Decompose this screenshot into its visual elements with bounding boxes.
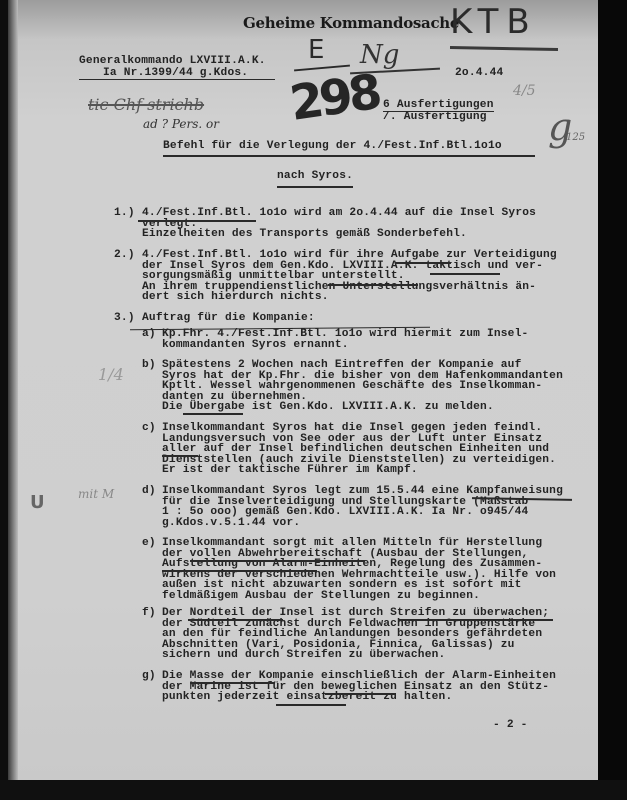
item-c-line: aller auf der Insel befindlichen deutsch… <box>162 444 549 455</box>
section-1-line: 4./Fest.Inf.Btl. 1o1o wird am 2o.4.44 au… <box>142 208 536 219</box>
scan-border-bottom <box>0 780 627 800</box>
item-b-line: Spätestens 2 Wochen nach Eintreffen der … <box>162 360 522 371</box>
pencil-underline <box>190 560 365 562</box>
pencil-underline <box>162 570 317 572</box>
sender-line-2: Ia Nr.1399/44 g.Kdos. <box>79 68 275 80</box>
order-title-line-2: nach Syros. <box>277 171 353 188</box>
margin-note-right-1: 4/5 <box>513 83 536 99</box>
reference-number: Ia Nr.1399/44 g.Kdos. <box>103 67 248 79</box>
struck-out-note: tic Chf strichb <box>88 95 204 114</box>
item-f-line: Der Nordteil der Insel ist durch Streife… <box>162 608 549 619</box>
document-date: 2o.4.44 <box>455 68 503 79</box>
handwritten-ktb-mark: KTB <box>450 2 538 42</box>
pencil-underline <box>190 682 275 684</box>
item-b-line: Kptlt. Wessel wahrgenommenen Geschäfte d… <box>162 381 542 392</box>
section-1-line: Einzelheiten des Transports gemäß Sonder… <box>142 229 467 240</box>
item-e-line: feldmäßigem Ausbau der Stellungen zu beg… <box>162 591 480 602</box>
classification-stamp: Geheime Kommandosache <box>243 14 459 32</box>
item-c-label: c) <box>142 423 156 434</box>
sender-line-1: Generalkommando LXVIII.A.K. <box>79 56 266 67</box>
scan-border-right <box>598 0 627 800</box>
item-d-line: Inselkommandant Syros legt zum 15.5.44 e… <box>162 486 563 497</box>
section-1-number: 1.) <box>114 208 135 219</box>
item-e-label: e) <box>142 538 156 549</box>
pencil-underline <box>325 693 395 695</box>
item-b-label: b) <box>142 360 156 371</box>
section-3-number: 3.) <box>114 313 135 324</box>
section-2-line: dert sich hierdurch nichts. <box>142 292 329 303</box>
item-a-label: a) <box>142 329 156 340</box>
section-2-line: 4./Fest.Inf.Btl. 1o1o wird für ihre Aufg… <box>142 250 557 261</box>
item-g-line: Die Masse der Kompanie einschließlich de… <box>162 671 556 682</box>
item-c-line: Er ist der taktische Führer im Kampf. <box>162 465 418 476</box>
pencil-underline <box>183 413 243 415</box>
handwritten-e-mark: E <box>308 35 324 65</box>
margin-note-right-2: 125 <box>566 132 585 143</box>
item-f-line: sichern und durch Streifen zu überwachen… <box>162 650 445 661</box>
item-g-label: g) <box>142 671 156 682</box>
margin-note-d: mit M <box>78 487 114 501</box>
section-2-number: 2.) <box>114 250 135 261</box>
item-f-label: f) <box>142 608 156 619</box>
item-e-line: außen ist nicht abzuwarten sondern es is… <box>162 580 522 591</box>
pencil-underline <box>328 284 418 286</box>
item-d-label: d) <box>142 486 156 497</box>
item-d-line: 1 : 5o ooo) gemäß Gen.Kdo. LXVIII.A.K. I… <box>162 507 528 518</box>
copies-count: 6 Ausfertigungen <box>383 100 494 112</box>
section-2-line: sorgungsmäßig unmittelbar unterstellt. <box>142 271 405 282</box>
pencil-underline <box>395 262 451 264</box>
pencil-underline <box>138 220 256 222</box>
pencil-underline <box>430 273 500 275</box>
pencil-underline <box>276 704 346 706</box>
item-c-line: Inselkommandant Syros hat die Insel gege… <box>162 423 542 434</box>
page-edge-shadow <box>8 0 18 780</box>
item-a-line: Kp.Fhr. 4./Fest.Inf.Btl. 1o1o wird hierm… <box>162 329 528 340</box>
section-3-heading: Auftrag für die Kompanie: <box>142 313 315 324</box>
order-title-line-1: Befehl für die Verlegung der 4./Fest.Inf… <box>163 141 535 157</box>
item-b-line: Die Übergabe ist Gen.Kdo. LXVIII.A.K. zu… <box>162 402 494 413</box>
item-d-line: g.Kdos.v.5.1.44 vor. <box>162 518 300 529</box>
pencil-underline <box>398 619 553 621</box>
item-g-line: punkten jederzeit einsatzbereit zu halte… <box>162 692 452 703</box>
copy-number: /. Ausfertigung <box>383 112 487 123</box>
paper-clip-mark: U <box>30 492 45 513</box>
handwritten-routing-note: ad ? Pers. or <box>143 117 219 131</box>
item-a-line: kommandanten Syros ernannt. <box>162 340 349 351</box>
page-continuation-marker: - 2 - <box>493 720 528 731</box>
item-e-line: Inselkommandant sorgt mit allen Mitteln … <box>162 538 542 549</box>
pencil-underline <box>162 455 198 457</box>
margin-note-b: 1/4 <box>98 365 124 384</box>
pencil-underline <box>188 619 283 621</box>
item-f-line: an den für feindliche Anlandungen besond… <box>162 629 542 640</box>
